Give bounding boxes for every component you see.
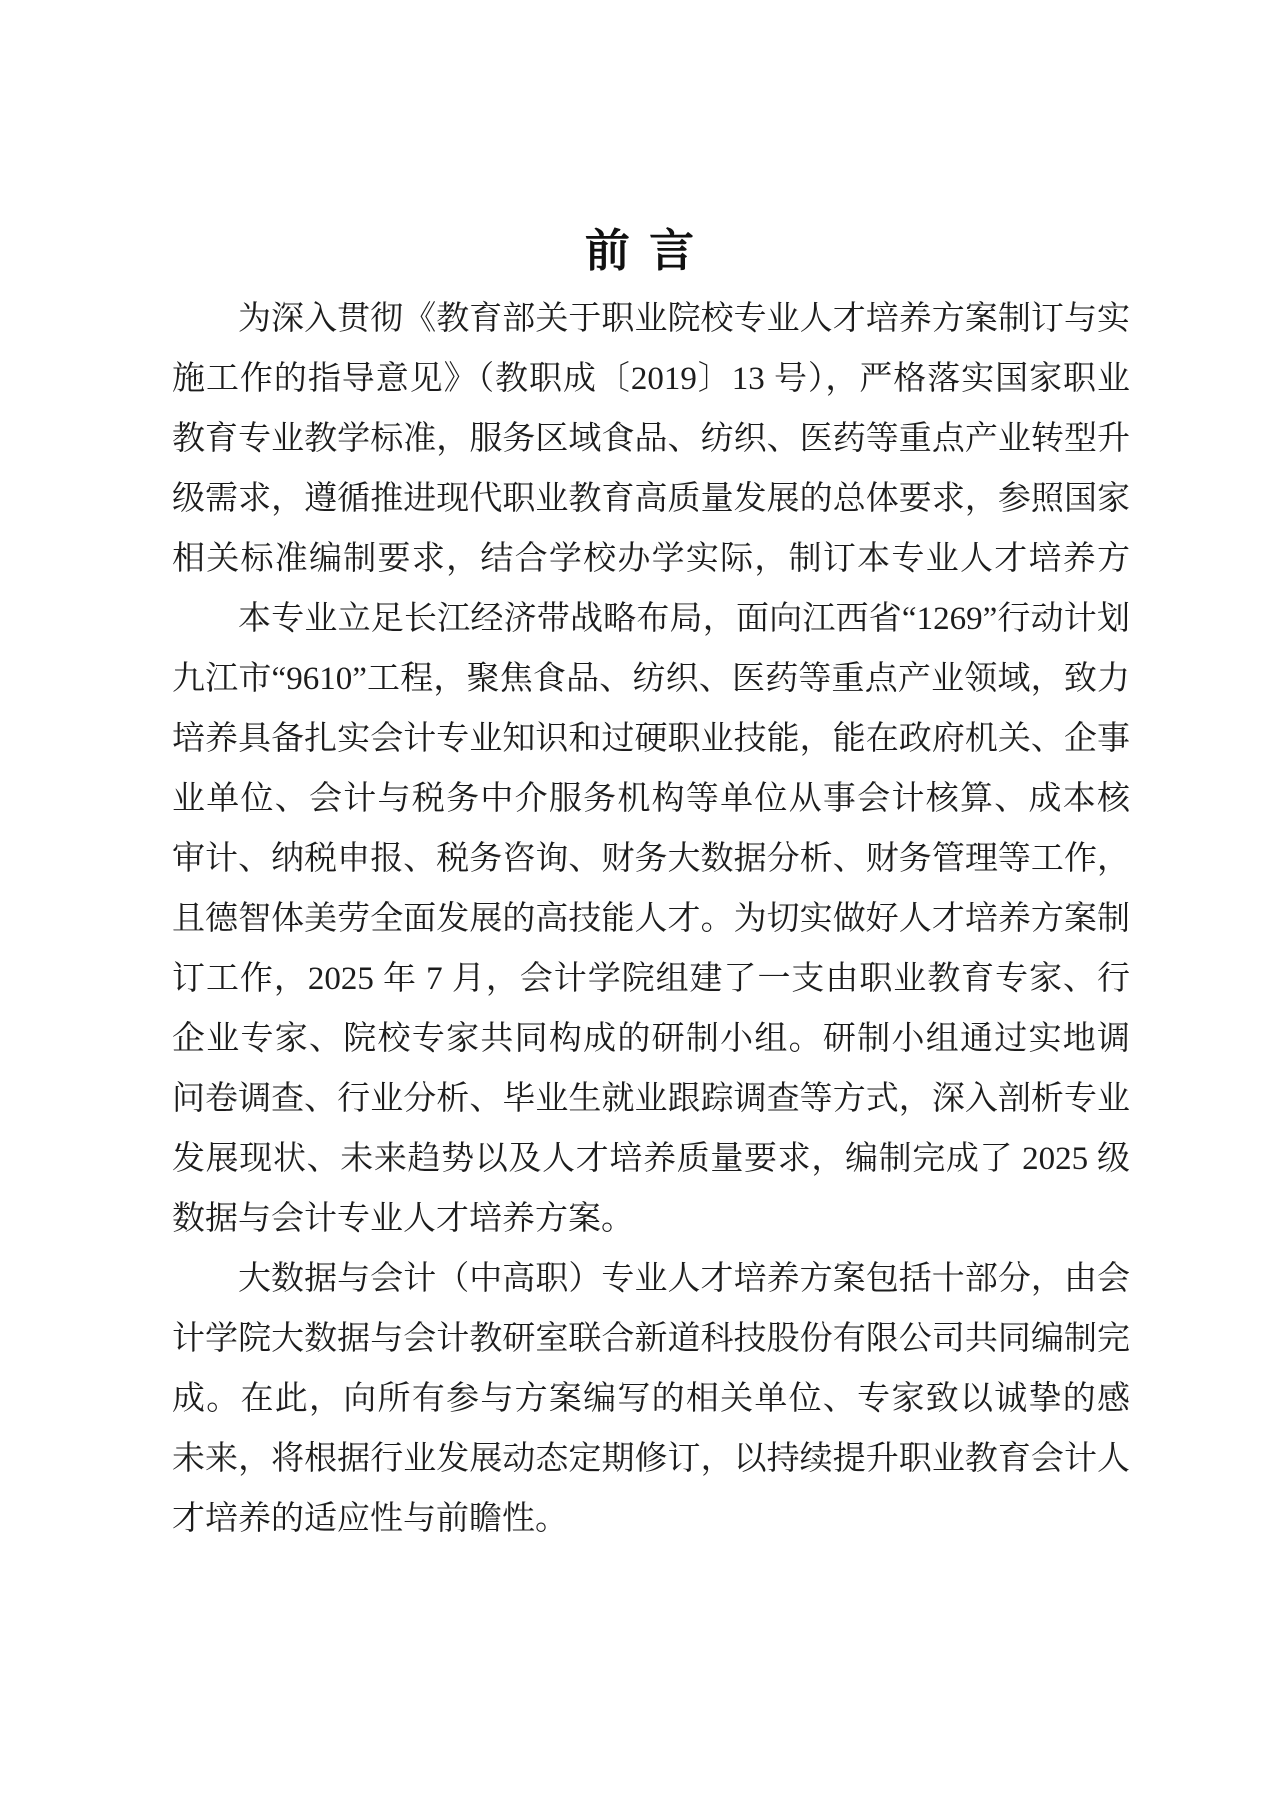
text-line: 成。在此，向所有参与方案编写的相关单位、专家致以诚挚的感谢。	[172, 1369, 1130, 1429]
text-line: 九江市“9610”工程，聚焦食品、纺织、医药等重点产业领域，致力于	[172, 649, 1130, 709]
paragraph-3: 大数据与会计（中高职）专业人才培养方案包括十部分，由会 计学院大数据与会计教研室…	[172, 1249, 1130, 1549]
text-line: 业单位、会计与税务中介服务机构等单位从事会计核算、成本核算、	[172, 769, 1130, 829]
paragraph-1: 为深入贯彻《教育部关于职业院校专业人才培养方案制订与实 施工作的指导意见》（教职…	[172, 289, 1130, 589]
text-line: 培养具备扎实会计专业知识和过硬职业技能，能在政府机关、企事	[172, 709, 1130, 769]
text-line: 问卷调查、行业分析、毕业生就业跟踪调查等方式，深入剖析专业	[172, 1069, 1130, 1129]
text-line: 相关标准编制要求，结合学校办学实际，制订本专业人才培养方案。	[172, 529, 1130, 589]
text-line: 教育专业教学标准，服务区域食品、纺织、医药等重点产业转型升	[172, 409, 1130, 469]
text-line: 未来，将根据行业发展动态定期修订，以持续提升职业教育会计人	[172, 1429, 1130, 1489]
text-line: 施工作的指导意见》（教职成〔2019〕13 号），严格落实国家职业	[172, 349, 1130, 409]
text-line: 发展现状、未来趋势以及人才培养质量要求，编制完成了 2025 级大	[172, 1129, 1130, 1189]
document-body: 为深入贯彻《教育部关于职业院校专业人才培养方案制订与实 施工作的指导意见》（教职…	[172, 289, 1130, 1549]
text-line: 计学院大数据与会计教研室联合新道科技股份有限公司共同编制完	[172, 1309, 1130, 1369]
text-line: 且德智体美劳全面发展的高技能人才。为切实做好人才培养方案制	[172, 889, 1130, 949]
text-line: 数据与会计专业人才培养方案。	[172, 1189, 1130, 1249]
document-page: 前 言 为深入贯彻《教育部关于职业院校专业人才培养方案制订与实 施工作的指导意见…	[0, 0, 1279, 1809]
text-line: 大数据与会计（中高职）专业人才培养方案包括十部分，由会	[172, 1249, 1130, 1309]
page-title: 前 言	[0, 224, 1279, 278]
text-line: 本专业立足长江经济带战略布局，面向江西省“1269”行动计划和	[172, 589, 1130, 649]
paragraph-2: 本专业立足长江经济带战略布局，面向江西省“1269”行动计划和 九江市“9610…	[172, 589, 1130, 1249]
text-line: 订工作，2025 年 7 月，会计学院组建了一支由职业教育专家、行业	[172, 949, 1130, 1009]
text-line: 为深入贯彻《教育部关于职业院校专业人才培养方案制订与实	[172, 289, 1130, 349]
text-line: 才培养的适应性与前瞻性。	[172, 1489, 1130, 1549]
text-line: 级需求，遵循推进现代职业教育高质量发展的总体要求，参照国家	[172, 469, 1130, 529]
text-line: 审计、纳税申报、税务咨询、财务大数据分析、财务管理等工作，	[172, 829, 1130, 889]
text-line: 企业专家、院校专家共同构成的研制小组。研制小组通过实地调研、	[172, 1009, 1130, 1069]
